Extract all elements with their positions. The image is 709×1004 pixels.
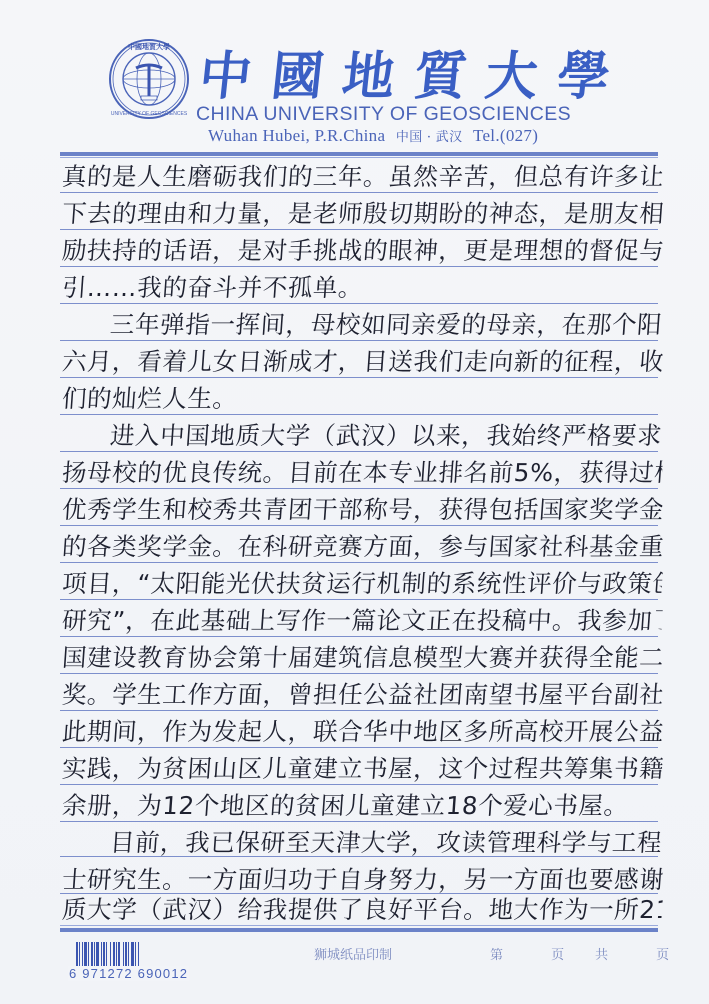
handwritten-line: 研究”，在此基础上写作一篇论文正在投稿中。我参加了中 bbox=[61, 604, 663, 638]
handwritten-line: 的各类奖学金。在科研竞赛方面，参与国家社科基金重大 bbox=[61, 530, 663, 564]
title-char: 中 bbox=[196, 34, 256, 109]
handwritten-line: 们的灿烂人生。 bbox=[61, 382, 663, 416]
handwritten-line: 余册，为12个地区的贫困儿童建立18个爱心书屋。 bbox=[61, 789, 663, 823]
handwritten-line: 项目，“太阳能光伏扶贫运行机制的系统性评价与政策创新 bbox=[61, 567, 663, 601]
handwritten-line: 三年弹指一挥间，母校如同亲爱的母亲，在那个阳光灿烂的 bbox=[61, 308, 663, 342]
svg-text:UNIVERSITY OF GEOSCIENCES: UNIVERSITY OF GEOSCIENCES bbox=[111, 111, 188, 117]
handwritten-line: 质大学（武汉）给我提供了良好平台。地大作为一所211院校， bbox=[61, 893, 663, 927]
university-name-chinese: 中 國 地 質 大 學 bbox=[200, 38, 610, 104]
handwritten-line: 此期间，作为发起人，联合华中地区多所高校开展公益社会 bbox=[61, 715, 663, 749]
telephone: Tel.(027) bbox=[473, 126, 538, 145]
handwritten-line: 扬母校的优良传统。目前在本专业排名前5%，获得过校级 bbox=[61, 456, 663, 490]
handwritten-line: 目前，我已保研至天津大学，攻读管理科学与工程 硕 bbox=[61, 826, 663, 860]
handwritten-line: 励扶持的话语，是对手挑战的眼神，更是理想的督促与牵 bbox=[61, 234, 663, 268]
address-chinese: 中国 · 武汉 bbox=[396, 130, 463, 145]
handwritten-line: 国建设教育协会第十届建筑信息模型大赛并获得全能二等 bbox=[61, 641, 663, 675]
bottom-rule-thick bbox=[60, 928, 658, 932]
address-english: Wuhan Hubei, P.R.China bbox=[208, 126, 385, 145]
printer-credit: 狮城纸品印制 bbox=[314, 944, 392, 963]
svg-text:中國地質大學: 中國地質大學 bbox=[128, 42, 170, 51]
top-rule-thin bbox=[60, 157, 658, 158]
title-char: 大 bbox=[482, 34, 542, 109]
barcode-number: 6 971272 690012 bbox=[68, 966, 208, 981]
handwritten-line: 奖。学生工作方面，曾担任公益社团南望书屋平台副社长，在 bbox=[61, 678, 663, 712]
page-number-label: 第 页 bbox=[490, 944, 586, 963]
handwritten-line: 引……我的奋斗并不孤单。 bbox=[61, 271, 663, 305]
top-rule-thick bbox=[60, 152, 658, 156]
title-char: 國 bbox=[268, 34, 328, 109]
handwritten-line: 下去的理由和力量，是老师殷切期盼的神态，是朋友相互鼓 bbox=[61, 197, 663, 231]
title-char: 地 bbox=[339, 34, 399, 109]
handwritten-line: 真的是人生磨砺我们的三年。虽然辛苦，但总有许多让我坚持 bbox=[61, 160, 663, 194]
total-pages-label: 共 页 bbox=[595, 944, 691, 963]
university-name-english: CHINA UNIVERSITY OF GEOSCIENCES bbox=[196, 103, 606, 126]
address-line: Wuhan Hubei, P.R.China 中国 · 武汉 Tel.(027) bbox=[208, 126, 628, 146]
university-emblem-icon: 中國地質大學 UNIVERSITY OF GEOSCIENCES bbox=[108, 38, 190, 120]
title-char: 質 bbox=[411, 34, 471, 109]
handwritten-line: 士研究生。一方面归功于自身努力，另一方面也要感谢中国地 bbox=[61, 863, 663, 897]
handwritten-line: 优秀学生和校秀共青团干部称号，获得包括国家奖学金在内 bbox=[61, 493, 663, 527]
handwritten-line: 实践，为贫困山区儿童建立书屋，这个过程共筹集书籍3000 bbox=[61, 752, 663, 786]
letter-paper: 中國地質大學 UNIVERSITY OF GEOSCIENCES 中 國 地 質… bbox=[0, 0, 709, 1004]
handwritten-line: 进入中国地质大学（武汉）以来，我始终严格要求自己，发 bbox=[61, 419, 663, 453]
title-char: 學 bbox=[554, 34, 614, 109]
handwritten-line: 六月，看着儿女日渐成才，目送我们走向新的征程，收获属于我 bbox=[61, 345, 663, 379]
